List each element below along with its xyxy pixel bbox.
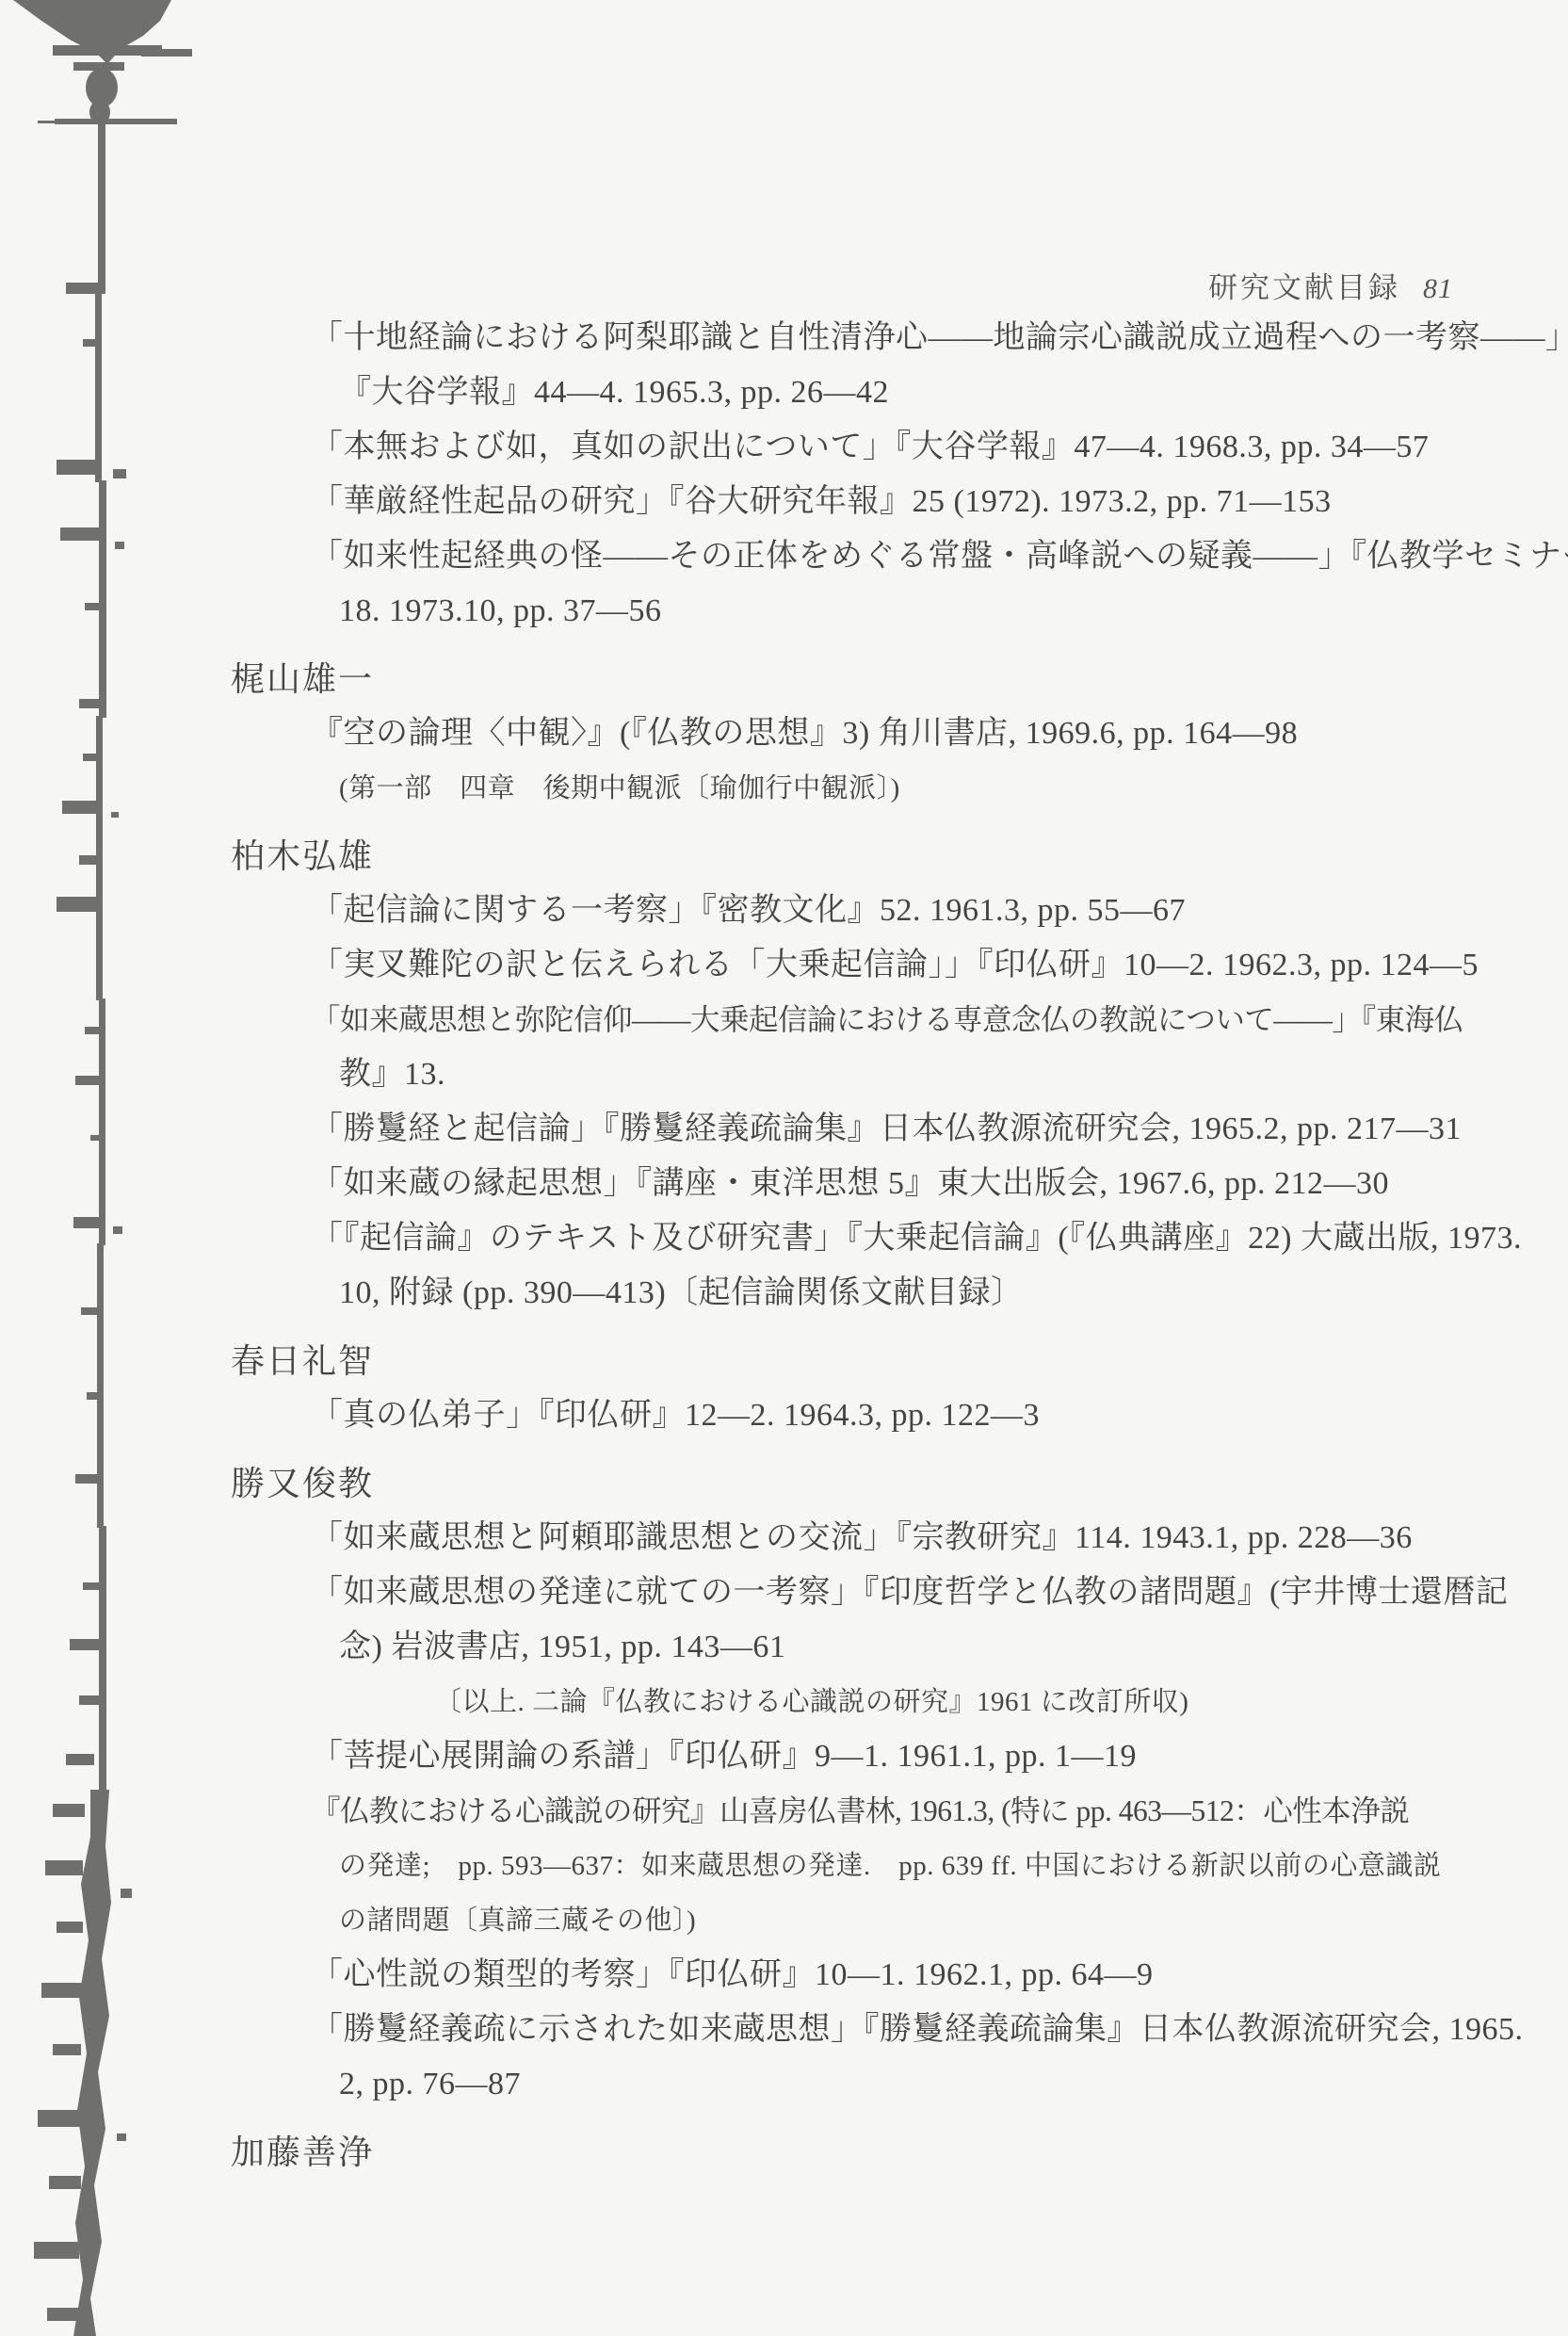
bib-entry-line: 教』13. bbox=[231, 1047, 1544, 1102]
bib-entry-line: 「如来蔵思想と弥陀信仰——大乗起信論における専意念仏の教説について——」『東海仏 bbox=[231, 993, 1544, 1047]
author-heading: 柏木弘雄 bbox=[231, 829, 1544, 884]
running-head-title: 研究文献目録 bbox=[1208, 271, 1400, 304]
bib-entry-line: 『空の論理〈中観〉』(『仏教の思想』3) 角川書店, 1969.6, pp. 1… bbox=[231, 706, 1544, 761]
running-head: 研究文献目録81 bbox=[1208, 264, 1453, 306]
bib-entry-line: 念) 岩波書店, 1951, pp. 143—61 bbox=[231, 1620, 1544, 1675]
bib-entry-line: 〔以上. 二論『仏教における心識説の研究』1961 に改訂所収) bbox=[231, 1675, 1544, 1729]
page-number: 81 bbox=[1423, 273, 1453, 304]
bib-entry-line: 「菩提心展開論の系譜」『印仏研』9—1. 1961.1, pp. 1—19 bbox=[231, 1729, 1544, 1784]
bib-entry-line: 「華厳経性起品の研究」『谷大研究年報』25 (1972). 1973.2, pp… bbox=[231, 475, 1544, 529]
bib-entry-line: 「如来蔵の縁起思想」『講座・東洋思想 5』東大出版会, 1967.6, pp. … bbox=[231, 1157, 1544, 1211]
bib-entry-line: 「実叉難陀の訳と伝えられる「大乗起信論」」『印仏研』10—2. 1962.3, … bbox=[231, 938, 1544, 993]
bib-entry-line: 「起信論に関する一考察」『密教文化』52. 1961.3, pp. 55—67 bbox=[231, 884, 1544, 938]
bib-entry-line: 「勝鬘経義疏に示された如来蔵思想」『勝鬘経義疏論集』日本仏教源流研究会, 196… bbox=[231, 2003, 1544, 2057]
bib-entry-line: 「『起信論』のテキスト及び研究書」『大乗起信論』(『仏典講座』22) 大蔵出版,… bbox=[231, 1211, 1544, 1266]
bib-entry-line: 「勝鬘経と起信論」『勝鬘経義疏論集』日本仏教源流研究会, 1965.2, pp.… bbox=[231, 1102, 1544, 1157]
bib-entry-line: 「十地経論における阿梨耶識と自性清浄心——地論宗心識説成立過程への一考察——」 bbox=[231, 311, 1544, 365]
bib-entry-line: 「如来蔵思想の発達に就ての一考察」『印度哲学と仏教の諸問題』(宇井博士還暦記 bbox=[231, 1565, 1544, 1620]
author-heading: 春日礼智 bbox=[231, 1334, 1544, 1388]
bib-entry-line: 『大谷学報』44—4. 1965.3, pp. 26—42 bbox=[231, 365, 1544, 420]
bib-entry-line: 18. 1973.10, pp. 37—56 bbox=[231, 584, 1544, 639]
author-heading: 加藤善浄 bbox=[231, 2125, 1544, 2180]
scan-artifact bbox=[0, 0, 226, 2336]
bib-entry-line: 2, pp. 76—87 bbox=[231, 2057, 1544, 2112]
bib-entry-line: 『仏教における心識説の研究』山喜房仏書林, 1961.3, (特に pp. 46… bbox=[231, 1784, 1544, 1839]
bib-entry-line: (第一部 四章 後期中観派〔瑜伽行中観派〕) bbox=[231, 761, 1544, 816]
bib-entry-line: 「真の仏弟子」『印仏研』12—2. 1964.3, pp. 122—3 bbox=[231, 1388, 1544, 1443]
bibliography: 「十地経論における阿梨耶識と自性清浄心——地論宗心識説成立過程への一考察——」 … bbox=[231, 311, 1544, 2180]
author-heading: 梶山雄一 bbox=[231, 652, 1544, 706]
bib-entry-line: の発達; pp. 593—637：如来蔵思想の発達. pp. 639 ff. 中… bbox=[231, 1839, 1544, 1893]
scanned-page: 研究文献目録81 「十地経論における阿梨耶識と自性清浄心——地論宗心識説成立過程… bbox=[0, 0, 1568, 2336]
bib-entry-line: 「如来性起経典の怪——その正体をめぐる常盤・高峰説への疑義——」『仏教学セミナー… bbox=[231, 529, 1544, 584]
author-heading: 勝又俊教 bbox=[231, 1456, 1544, 1511]
bib-entry-line: 10, 附録 (pp. 390—413)〔起信論関係文献目録〕 bbox=[231, 1266, 1544, 1321]
bib-entry-line: の諸問題〔真諦三蔵その他〕) bbox=[231, 1893, 1544, 1948]
bib-entry-line: 「本無および如，真如の訳出について」『大谷学報』47—4. 1968.3, pp… bbox=[231, 420, 1544, 475]
bib-entry-line: 「如来蔵思想と阿頼耶識思想との交流」『宗教研究』114. 1943.1, pp.… bbox=[231, 1511, 1544, 1565]
bib-entry-line: 「心性説の類型的考察」『印仏研』10—1. 1962.1, pp. 64—9 bbox=[231, 1948, 1544, 2003]
